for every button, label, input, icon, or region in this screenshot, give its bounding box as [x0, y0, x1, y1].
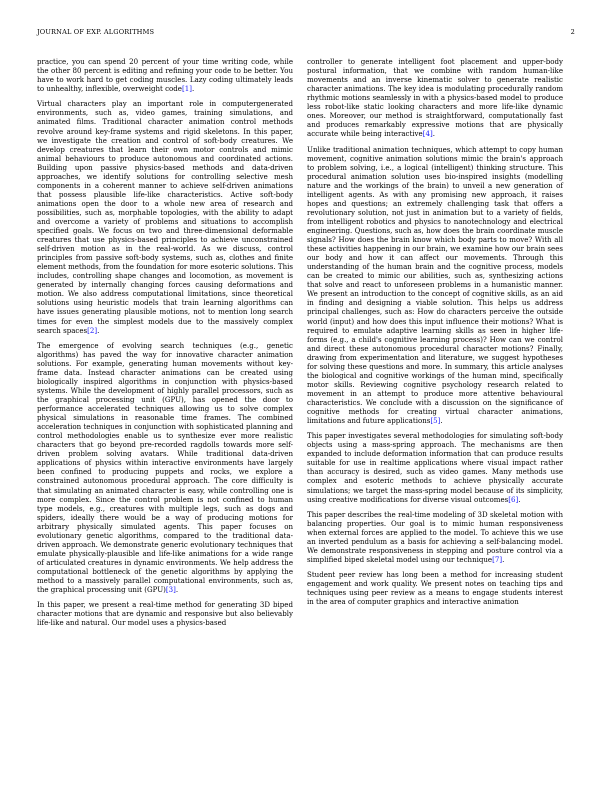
- paragraph-text: The emergence of evolving search techniq…: [37, 341, 293, 594]
- paragraph-text: Student peer review has long been a meth…: [307, 570, 563, 606]
- paragraph-text: In this paper, we present a real-time me…: [37, 600, 293, 627]
- citation-link[interactable]: [4]: [423, 129, 433, 138]
- paragraph-text: controller to generate intelligent foot …: [307, 57, 563, 138]
- paragraph-tail: .: [176, 585, 178, 594]
- citation-link[interactable]: [6]: [508, 495, 518, 504]
- paragraph: controller to generate intelligent foot …: [307, 57, 563, 138]
- paragraph-tail: .: [192, 84, 194, 93]
- paragraph-tail: .: [518, 495, 520, 504]
- paragraph: This paper describes the real-time model…: [307, 510, 563, 564]
- paragraph: This paper investigates several methodol…: [307, 431, 563, 503]
- citation-link[interactable]: [3]: [166, 585, 176, 594]
- paragraph: In this paper, we present a real-time me…: [37, 600, 293, 627]
- paragraph: practice, you can spend 20 percent of yo…: [37, 57, 293, 93]
- paragraph: Student peer review has long been a meth…: [307, 570, 563, 606]
- paragraph-text: Unlike traditional animation techniques,…: [307, 145, 563, 425]
- journal-title: JOURNAL OF EXP. ALGORITHMS: [37, 28, 154, 36]
- paragraph-tail: .: [440, 416, 442, 425]
- page-number: 2: [571, 28, 575, 36]
- paragraph: The emergence of evolving search techniq…: [37, 341, 293, 594]
- left-column: practice, you can spend 20 percent of yo…: [37, 57, 293, 634]
- paragraph-text: practice, you can spend 20 percent of yo…: [37, 57, 293, 93]
- citation-link[interactable]: [1]: [182, 84, 192, 93]
- paragraph-tail: .: [97, 326, 99, 335]
- paragraph-text: Virtual characters play an important rol…: [37, 99, 293, 334]
- paragraph-text: This paper describes the real-time model…: [307, 510, 563, 564]
- paragraph-tail: .: [502, 555, 504, 564]
- citation-link[interactable]: [2]: [87, 326, 97, 335]
- paragraph-text: This paper investigates several methodol…: [307, 431, 563, 503]
- paragraph: Virtual characters play an important rol…: [37, 99, 293, 334]
- running-header: JOURNAL OF EXP. ALGORITHMS 2: [37, 28, 575, 40]
- paragraph: Unlike traditional animation techniques,…: [307, 145, 563, 425]
- right-column: controller to generate intelligent foot …: [307, 57, 563, 613]
- paragraph-tail: .: [433, 129, 435, 138]
- citation-link[interactable]: [5]: [430, 416, 440, 425]
- citation-link[interactable]: [7]: [492, 555, 502, 564]
